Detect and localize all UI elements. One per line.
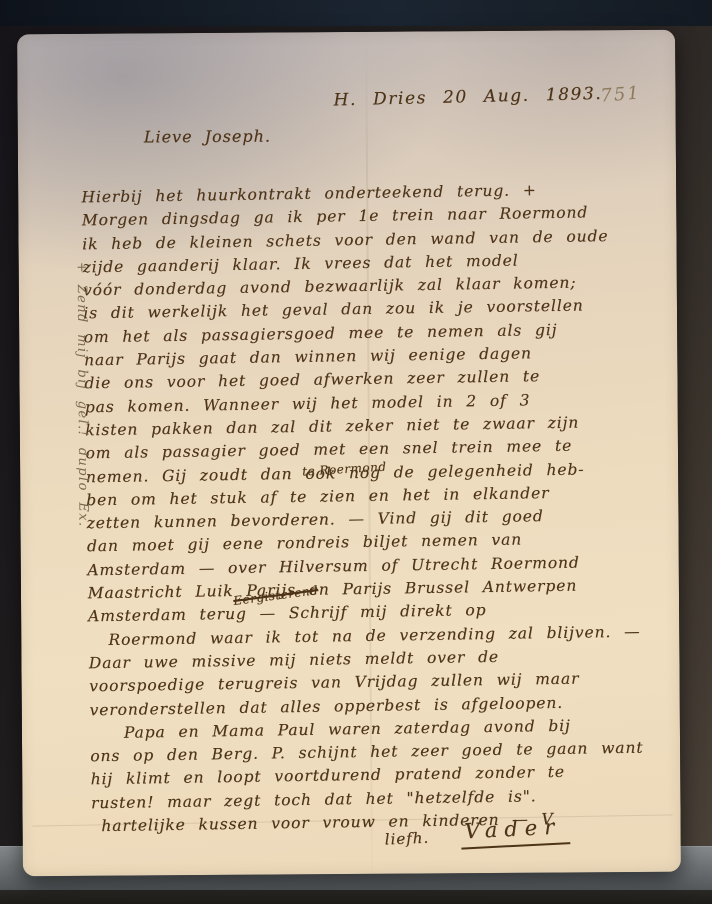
archive-number: 751	[600, 83, 642, 107]
dateline: H. Dries 20 Aug. 1893.	[333, 84, 602, 111]
margin-note: + Zend mij bij gel.! duplo Ex.	[74, 262, 92, 682]
signature-vader: Vader	[460, 814, 570, 849]
display-background-top	[0, 0, 712, 26]
display-ledge-shadow	[0, 890, 712, 904]
letter-body: Hierbij het huurkontrakt onderteekend te…	[81, 177, 657, 838]
closing-abbreviation: liefh.	[384, 829, 429, 849]
letter-paper: H. Dries 20 Aug. 1893. 751 Lieve Joseph.…	[17, 30, 681, 877]
museum-photo: H. Dries 20 Aug. 1893. 751 Lieve Joseph.…	[0, 0, 712, 904]
salutation: Lieve Joseph.	[144, 127, 271, 147]
